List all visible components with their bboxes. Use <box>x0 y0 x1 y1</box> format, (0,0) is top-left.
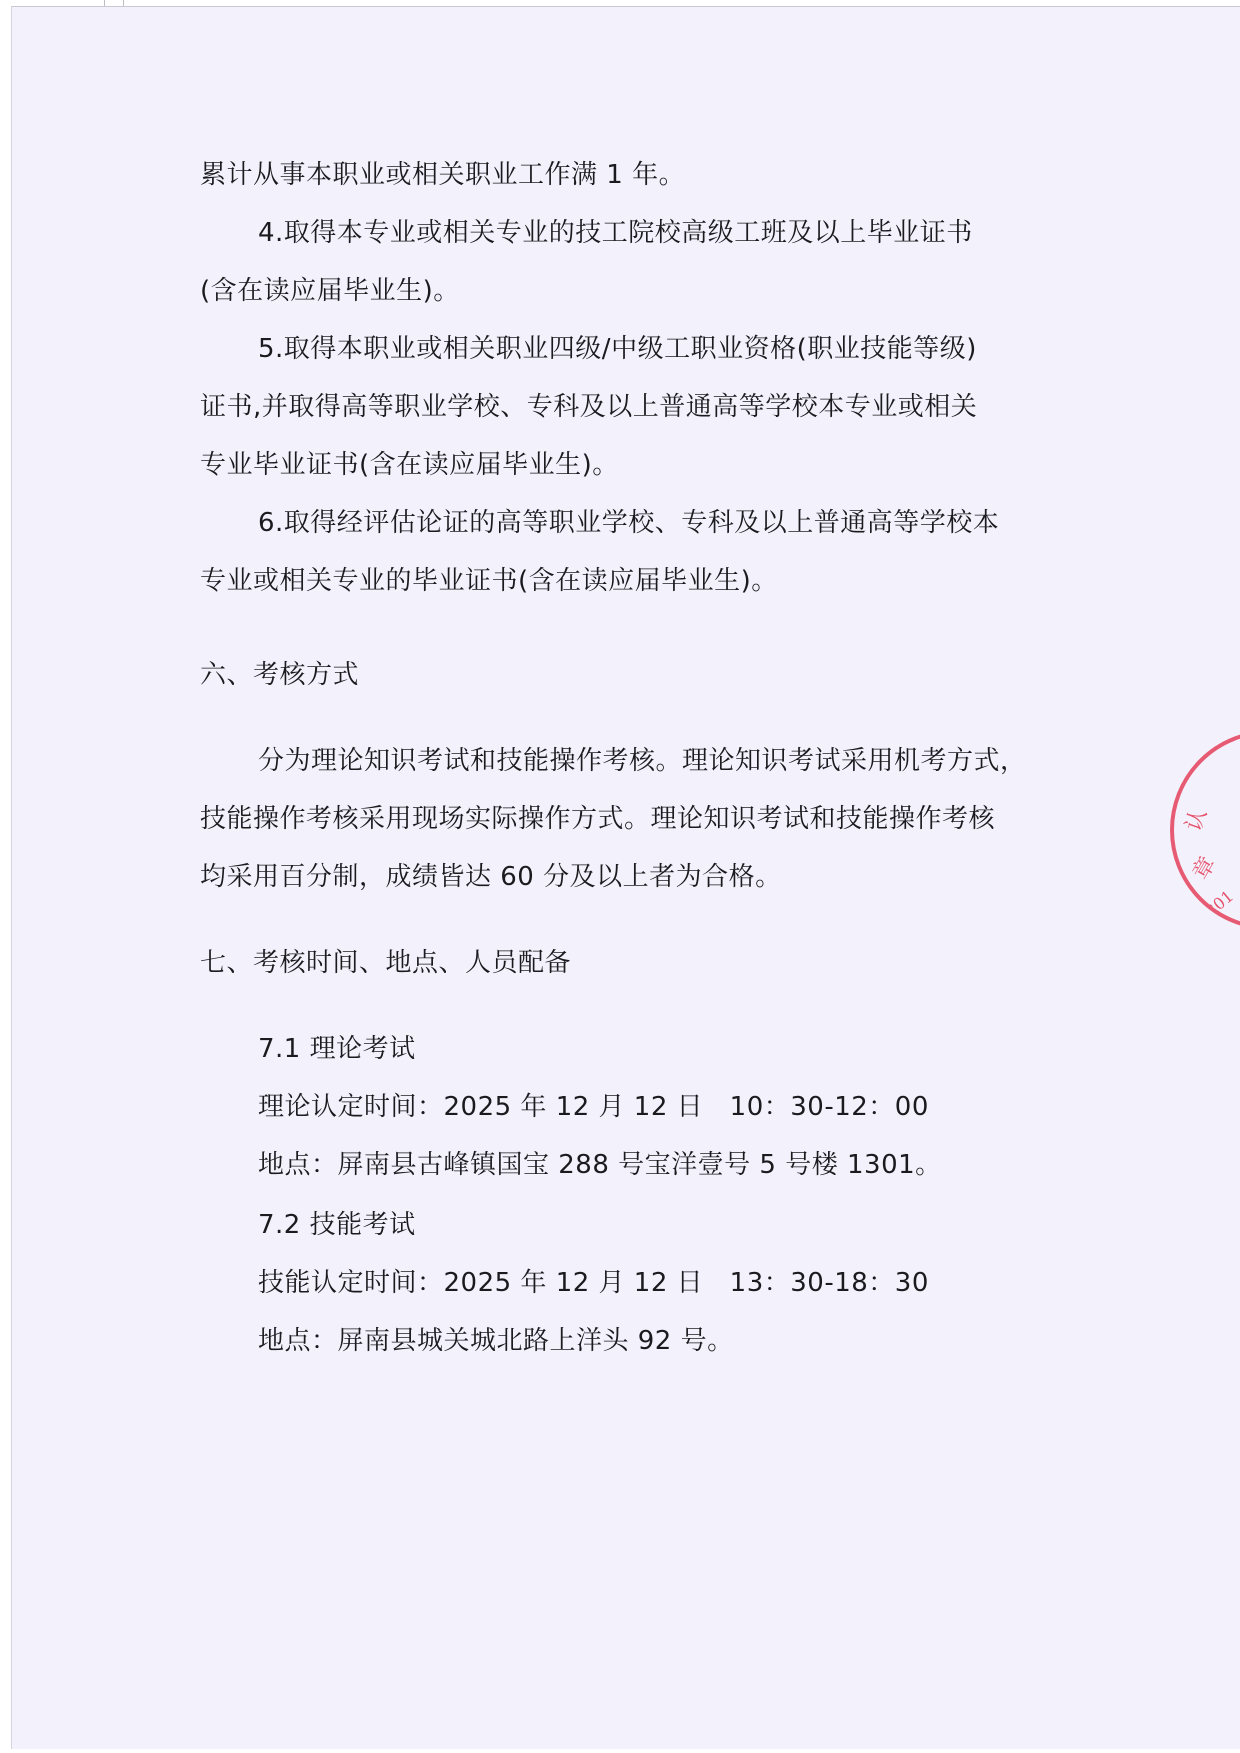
skill-exam-location: 地点：屏南县城关城北路上洋头 92 号。 <box>258 1326 734 1356</box>
section-6-heading: 六、考核方式 <box>200 660 359 690</box>
section-7-heading: 七、考核时间、地点、人员配备 <box>200 948 571 978</box>
criteria-item-6-cont: 专业或相关专业的毕业证书(含在读应届毕业生)。 <box>200 566 778 596</box>
seal-char-1: 认 <box>1177 804 1214 835</box>
section-6-paragraph-line-3: 均采用百分制，成绩皆达 60 分及以上者为合格。 <box>200 862 782 892</box>
criteria-item-4: 4.取得本专业或相关专业的技工院校高级工班及以上毕业证书 <box>258 218 973 248</box>
theory-exam-time: 理论认定时间：2025 年 12 月 12 日 10：30-12：00 <box>258 1092 929 1122</box>
scan-edge-mark <box>104 0 124 6</box>
criteria-continuation-line: 累计从事本职业或相关职业工作满 1 年。 <box>200 160 685 190</box>
theory-exam-title: 7.1 理论考试 <box>258 1034 416 1064</box>
seal-char-2: 章 <box>1184 850 1222 885</box>
section-6-paragraph-line-2: 技能操作考核采用现场实际操作方式。理论知识考试和技能操作考核 <box>200 804 995 834</box>
theory-exam-location: 地点：屏南县古峰镇国宝 288 号宝洋壹号 5 号楼 1301。 <box>258 1150 942 1180</box>
criteria-item-5-cont2: 专业毕业证书(含在读应届毕业生)。 <box>200 450 619 480</box>
criteria-item-4-cont: (含在读应届毕业生)。 <box>200 276 460 306</box>
criteria-item-5-cont: 证书,并取得高等职业学校、专科及以上普通高等学校本专业或相关 <box>200 392 977 422</box>
criteria-item-5: 5.取得本职业或相关职业四级/中级工职业资格(职业技能等级) <box>258 334 977 364</box>
section-6-paragraph-line-1: 分为理论知识考试和技能操作考核。理论知识考试采用机考方式， <box>258 746 1027 776</box>
criteria-item-6: 6.取得经评估论证的高等职业学校、专科及以上普通高等学校本 <box>258 508 999 538</box>
skill-exam-time: 技能认定时间：2025 年 12 月 12 日 13：30-18：30 <box>258 1268 929 1298</box>
skill-exam-title: 7.2 技能考试 <box>258 1210 416 1240</box>
